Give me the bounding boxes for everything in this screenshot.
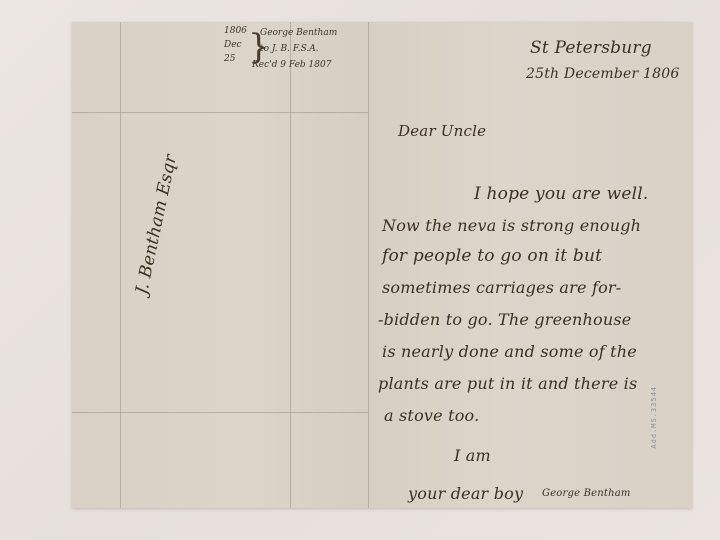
fold-line [290,22,291,508]
fold-line [72,112,368,113]
letter-date: 25th December 1806 [526,66,679,82]
closing: I am [454,446,491,465]
signoff: your dear boy [408,484,523,503]
body-line: Now the neva is strong enough [382,216,641,235]
signature: George Bentham [542,488,631,499]
docket-note: 1806 Dec 25 } George Bentham to J. B. F.… [222,24,372,90]
salutation: Dear Uncle [398,122,486,140]
docket-day: 25 [224,54,235,64]
body-line: a stove too. [384,406,479,425]
body-line: sometimes carriages are for- [382,278,621,297]
letter-place: St Petersburg [530,38,652,58]
fold-line [120,22,121,508]
docket-writer: George Bentham [260,28,337,38]
body-line: is nearly done and some of the [382,342,637,361]
letter-sheet: 1806 Dec 25 } George Bentham to J. B. F.… [72,22,692,508]
body-line: for people to go on it but [382,246,602,266]
body-line: -bidden to go. The greenhouse [378,310,631,329]
docket-received: Rec'd 9 Feb 1807 [252,60,331,70]
letter-outer-panel [72,22,368,508]
docket-place: to J. B. F.S.A. [260,44,319,54]
docket-year: 1806 [224,26,247,36]
fold-line [72,412,368,413]
body-line: plants are put in it and there is [378,374,637,393]
docket-month: Dec [224,40,242,50]
body-line: I hope you are well. [474,184,648,204]
archive-stamp: Add.MS.33544 [650,386,658,449]
